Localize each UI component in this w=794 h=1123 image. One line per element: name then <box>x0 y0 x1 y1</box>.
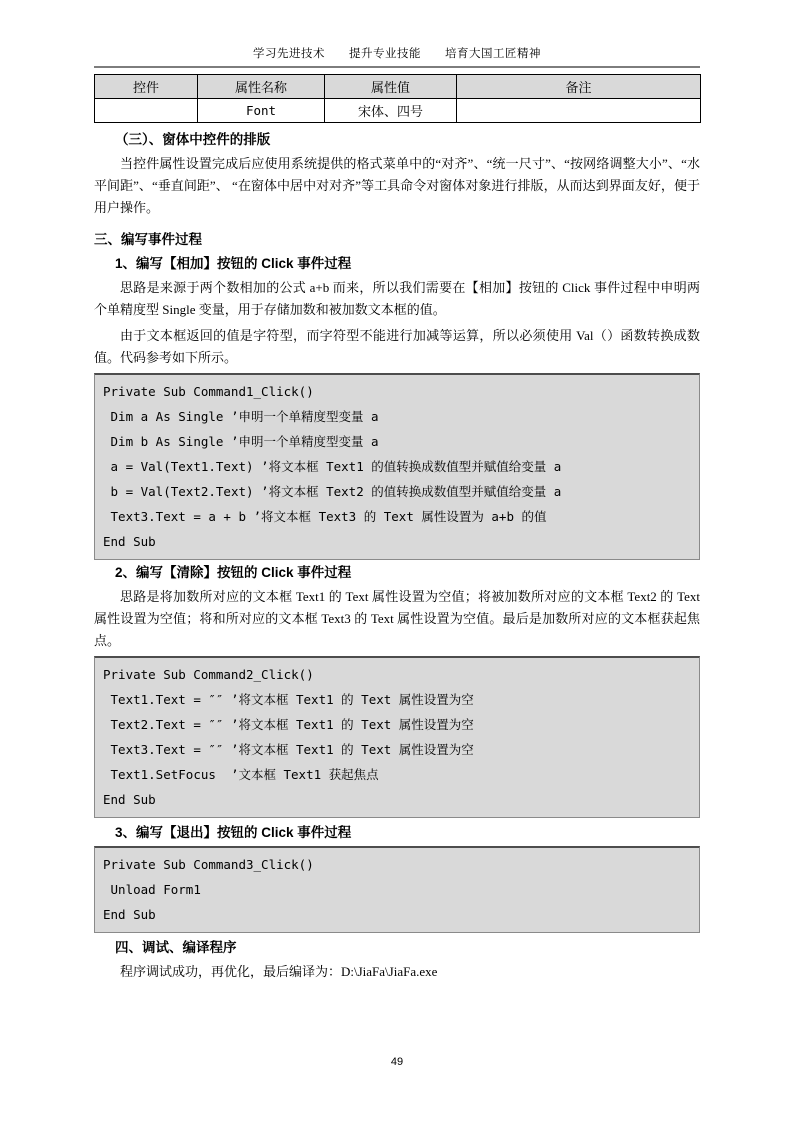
code-block-command1-click: Private Sub Command1_Click() Dim a As Si… <box>94 373 700 560</box>
cell-control <box>95 99 198 123</box>
heading-sub3-exit-button: 3、编写【退出】按钮的 Click 事件过程 <box>94 824 700 842</box>
paragraph-add-idea: 思路是来源于两个数相加的公式 a+b 而来，所以我们需要在【相加】按钮的 Cli… <box>94 277 700 321</box>
heading-section3-layout: （三）、窗体中控件的排版 <box>94 131 700 149</box>
table-row: Font 宋体、四号 <box>95 99 701 123</box>
heading-chapter3: 三、编写事件过程 <box>94 231 700 249</box>
paragraph-clear-idea: 思路是将加数所对应的文本框 Text1 的 Text 属性设置为空值；将被加数所… <box>94 586 700 652</box>
table-header-property-value: 属性值 <box>325 75 457 99</box>
cell-property-value: 宋体、四号 <box>325 99 457 123</box>
document-page: 学习先进技术 提升专业技能 培育大国工匠精神 控件 属性名称 属性值 备注 Fo… <box>0 0 794 1123</box>
table-header-property-name: 属性名称 <box>198 75 325 99</box>
page-number: 49 <box>0 1056 794 1068</box>
table-header-remark: 备注 <box>457 75 701 99</box>
control-properties-table: 控件 属性名称 属性值 备注 Font 宋体、四号 <box>94 74 701 123</box>
header-slogan: 学习先进技术 提升专业技能 培育大国工匠精神 <box>94 0 700 61</box>
page-content: 学习先进技术 提升专业技能 培育大国工匠精神 控件 属性名称 属性值 备注 Fo… <box>94 0 700 983</box>
cell-remark <box>457 99 701 123</box>
cell-property-name: Font <box>198 99 325 123</box>
heading-sub2-clear-button: 2、编写【清除】按钮的 Click 事件过程 <box>94 564 700 582</box>
table-header-control: 控件 <box>95 75 198 99</box>
paragraph-val-function: 由于文本框返回的值是字符型，而字符型不能进行加减等运算，所以必须使用 Val（）… <box>94 325 700 369</box>
table-header-row: 控件 属性名称 属性值 备注 <box>95 75 701 99</box>
heading-chapter4: 四、调试、编译程序 <box>94 939 700 957</box>
code-block-command3-click: Private Sub Command3_Click() Unload Form… <box>94 846 700 933</box>
heading-sub1-add-button: 1、编写【相加】按钮的 Click 事件过程 <box>94 255 700 273</box>
code-block-command2-click: Private Sub Command2_Click() Text1.Text … <box>94 656 700 818</box>
paragraph-layout-tools: 当控件属性设置完成后应使用系统提供的格式菜单中的“对齐”、“统一尺寸”、“按网络… <box>94 153 700 219</box>
header-rule <box>94 66 700 68</box>
paragraph-compile-result: 程序调试成功，再优化，最后编译为：D:\JiaFa\JiaFa.exe <box>94 961 700 983</box>
